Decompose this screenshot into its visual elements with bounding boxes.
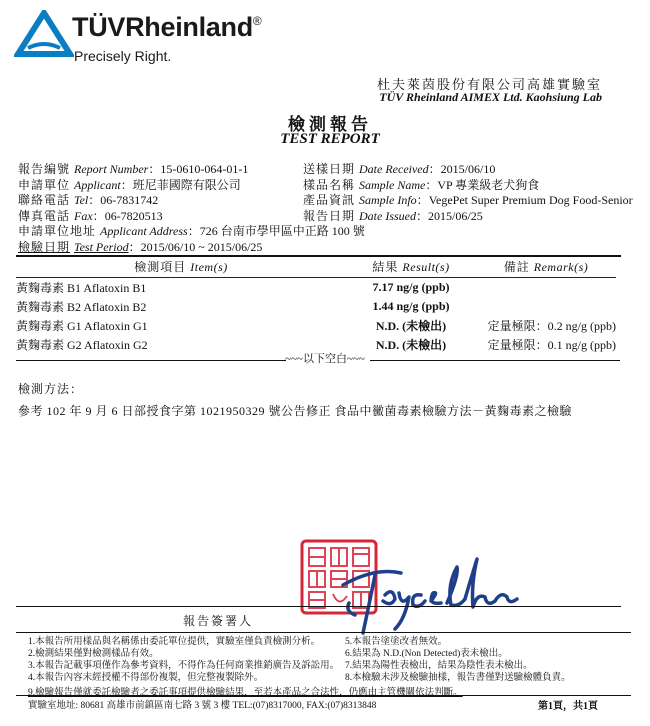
header-items: 檢測項目 Item(s) [16,257,346,278]
table-row: 黃麴毒素 B1 Aflatoxin B1 7.17 ng/g (ppb) [16,278,616,298]
page-number: 第1頁，共1頁 [538,697,598,712]
lab-name-en: TÜV Rheinland AIMEX Ltd. Kaohsiung Lab [379,90,602,105]
tuv-logo-icon [14,10,74,58]
signature-line [16,606,621,607]
sample-info: 送樣日期Date Received：2015/06/10 樣品名稱Sample … [303,162,633,224]
note-item: 4.本報告內容未經授權不得部份複製，但完整複製除外。 [28,672,339,684]
tagline: Precisely Right. [74,48,171,64]
note-item: 5.本報告塗塗改者無效。 [345,636,571,648]
note-item: 2.檢測結果僅對檢測樣品有效。 [28,648,339,660]
test-method-label: 檢測方法： [18,380,83,397]
remark-cell [476,297,616,316]
header-remarks: 備註 Remark(s) [476,257,616,278]
table-row: 黃麴毒素 G1 Aflatoxin G1 N.D. (未檢出) 定量極限：0.2… [16,316,616,335]
info-row-sample-info: 產品資訊Sample Info：VegePet Super Premium Do… [303,193,633,209]
notes-right: 5.本報告塗塗改者無效。 6.結果為 N.D.(Non Detected)表未檢… [345,636,571,684]
report-title-en: TEST REPORT [0,131,650,148]
results-table: 檢測項目 Item(s) 結果 Result(s) 備註 Remark(s) 黃… [16,257,616,354]
item-cell: 黃麴毒素 G1 Aflatoxin G1 [16,316,346,335]
info-row-date-issued: 報告日期Date Issued：2015/06/25 [303,209,633,225]
header-results: 結果 Result(s) [346,257,476,278]
remark-cell: 定量極限：0.2 ng/g (ppb) [476,316,616,335]
table-end-line-right [370,360,620,361]
remark-cell [476,278,616,298]
result-cell: 7.17 ng/g (ppb) [346,278,476,298]
test-method-text: 參考 102 年 9 月 6 日部授食字第 1021950329 號公告修正 食… [18,402,572,419]
info-row-date-received: 送樣日期Date Received：2015/06/10 [303,162,633,178]
note-item: 8.本檢驗未涉及檢驗抽樣，報告書僅對送驗檢體負責。 [345,672,571,684]
notes-top-line [16,632,631,633]
info-row-address: 申請單位地址Applicant Address：726 台南市學甲區中正路 10… [18,224,365,240]
info-row-sample-name: 樣品名稱Sample Name：VP 專業級老犬狗食 [303,178,633,194]
item-cell: 黃麴毒素 B1 Aflatoxin B1 [16,278,346,298]
result-cell: N.D. (未檢出) [346,316,476,335]
item-cell: 黃麴毒素 B2 Aflatoxin B2 [16,297,346,316]
note-item: 3.本報告記載事項僅作為參考資料，不得作為任何商業推銷廣告及訴訟用。 [28,660,339,672]
note-item: 6.結果為 N.D.(Non Detected)表未檢出。 [345,648,571,660]
info-row-test-period: 檢驗日期Test Period：2015/06/10 ~ 2015/06/25 [18,240,365,256]
table-header-row: 檢測項目 Item(s) 結果 Result(s) 備註 Remark(s) [16,257,616,278]
end-of-results-marker: ~~~以下空白~~~ [0,350,650,366]
result-cell: 1.44 ng/g (ppb) [346,297,476,316]
footer-line [16,695,631,696]
note-item: 1.本報告所用樣品與名稱係由委託單位提供，實驗室僅負責檢測分析。 [28,636,339,648]
note-item: 7.結果為陽性表檢出，結果為陰性表未檢出。 [345,660,571,672]
signer-label: 報告簽署人 [183,612,253,629]
signature-icon [335,545,525,635]
table-row: 黃麴毒素 B2 Aflatoxin B2 1.44 ng/g (ppb) [16,297,616,316]
lab-address: 實驗室地址: 80681 高雄市前鎮區南七路 3 號 3 樓 TEL:(07)8… [28,697,376,711]
notes-left: 1.本報告所用樣品與名稱係由委託單位提供，實驗室僅負責檢測分析。 2.檢測結果僅… [28,636,339,684]
brand-name: TÜVRheinland® [72,12,261,43]
